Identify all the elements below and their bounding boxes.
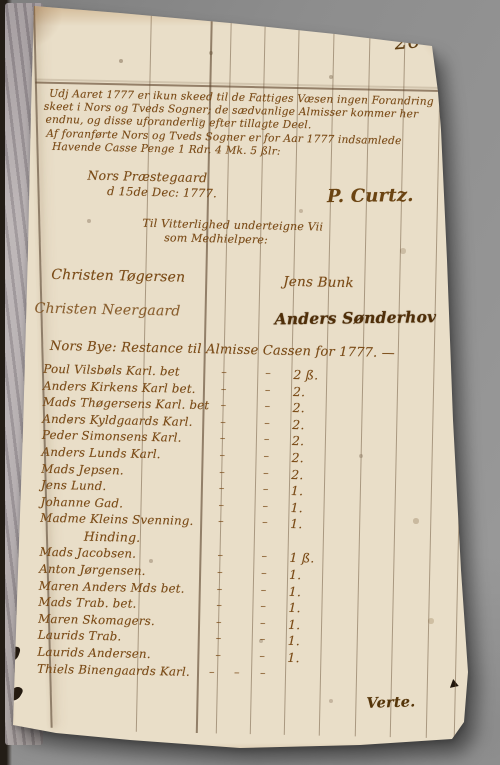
ditto-dash: –	[260, 616, 266, 629]
debtor-name: Maren Skomagers.	[38, 612, 155, 628]
witness-signature: Jens Bunk	[283, 274, 354, 291]
ditto-dash: –	[216, 599, 222, 612]
amount-value: 2.	[292, 433, 305, 448]
ditto-dash: –	[259, 649, 265, 662]
priest-signature: P. Curtz.	[327, 185, 414, 207]
ditto-dash: –	[265, 383, 271, 396]
debtor-name: Mads Jacobsen.	[39, 545, 136, 561]
ditto-dash: –	[216, 615, 222, 628]
ditto-dash: –	[261, 583, 267, 596]
paper-shadow-wrap: 26 Udj Aaret 1777 er ikun skeed til de F…	[0, 0, 500, 765]
ditto-dash: –	[265, 400, 271, 413]
restance-table-title: Nors Bye: Restance til Almisse Cassen fo…	[50, 339, 395, 361]
witness-signature: Christen Neergaard	[34, 301, 180, 320]
summary-paragraph: Udj Aaret 1777 er ikun skeed til de Fatt…	[48, 88, 479, 163]
ditto-dash: –	[219, 448, 225, 461]
amount-value: 1.	[291, 483, 304, 498]
amount-value: 1.	[288, 600, 301, 615]
amount-value: 2.	[291, 467, 304, 482]
column-rule	[454, 15, 470, 739]
page-number: 26	[393, 28, 421, 54]
debtor-name: Mads Thøgersens Karl. bet	[43, 395, 210, 412]
restance-table: Poul Vilsbøls Karl. bet––2 ß.Anders Kirk…	[33, 362, 460, 687]
ditto-dash: –	[216, 632, 222, 645]
ditto-dash: –	[260, 633, 266, 646]
attestation-line-2: som Medhielpere:	[164, 231, 268, 246]
witness-signature: Anders Sønderhov	[274, 307, 436, 328]
ditto-dash: –	[261, 550, 267, 563]
amount-value: 2 ß.	[293, 367, 318, 383]
ditto-dash: –	[217, 549, 223, 562]
ditto-dash: –	[263, 466, 269, 479]
amount-value: 1.	[287, 650, 300, 665]
ditto-dash: –	[209, 665, 215, 678]
debtor-name: Laurids Trab.	[38, 628, 122, 644]
debtor-name: Anders Lunds Karl.	[42, 445, 161, 461]
ditto-dash: –	[264, 433, 270, 446]
column-rules	[1, 0, 500, 5]
ditto-dash: –	[221, 365, 227, 378]
amount-value: 2.	[292, 400, 305, 415]
manuscript-page: 26 Udj Aaret 1777 er ikun skeed til de F…	[0, 0, 500, 765]
ditto-dash: –	[220, 432, 226, 445]
ditto-dash: –	[215, 648, 221, 661]
age-specks	[0, 0, 2, 2]
dateline-date: d 15de Dec: 1777.	[107, 184, 217, 200]
amount-value: 2.	[292, 417, 305, 432]
ditto-dash: –	[262, 499, 268, 512]
debtor-name: Thiels Binengaards Karl.	[37, 661, 190, 678]
debtor-name: Poul Vilsbøls Karl. bet	[43, 362, 180, 379]
amount-value: 2.	[291, 450, 304, 465]
debtor-name: Anton Jørgensen.	[39, 562, 146, 578]
ditto-dash: –	[218, 498, 224, 511]
debtor-name: Anders Kyldgaards Karl.	[42, 412, 193, 429]
debtor-name: Johanne Gad.	[40, 494, 123, 510]
ditto-dash: –	[263, 449, 269, 462]
ditto-dash: –	[260, 666, 266, 679]
ditto-dash: –	[260, 600, 266, 613]
witness-signature: Christen Tøgersen	[51, 267, 185, 286]
manuscript-photo: 26 Udj Aaret 1777 er ikun skeed til de F…	[0, 0, 500, 765]
debtor-name: Jens Lund.	[41, 478, 107, 493]
debtor-name: Peder Simonsens Karl.	[42, 428, 182, 445]
ditto-dash: –	[220, 415, 226, 428]
ditto-dash: –	[263, 483, 269, 496]
ditto-dash: –	[234, 665, 240, 678]
ditto-dash: –	[218, 515, 224, 528]
ditto-dash: –	[262, 516, 268, 529]
amount-value: 1.	[288, 633, 301, 648]
ditto-dash: –	[264, 416, 270, 429]
amount-value: 1.	[289, 584, 302, 599]
debtor-name: Anders Kirkens Karl bet.	[43, 378, 196, 395]
amount-value: 1.	[290, 516, 303, 531]
ditto-dash: –	[261, 566, 267, 579]
debtor-name: Laurids Andersen.	[37, 645, 151, 661]
handwritten-content: 26 Udj Aaret 1777 er ikun skeed til de F…	[0, 0, 500, 765]
ditto-dash: –	[219, 482, 225, 495]
verte-note: Verte.	[366, 693, 415, 712]
amount-value: 1.	[289, 567, 302, 582]
amount-value: 2.	[293, 384, 306, 399]
ditto-dash: –	[221, 382, 227, 395]
ditto-dash: –	[221, 399, 227, 412]
ditto-dash: –	[265, 366, 271, 379]
amount-value: 1 ß.	[289, 550, 314, 566]
amount-value: 1.	[290, 500, 303, 515]
ditto-dash: –	[219, 465, 225, 478]
debtor-name: Mads Jepsen.	[41, 461, 124, 477]
debtor-name: Mads Trab. bet.	[38, 595, 136, 611]
debtor-name: Madme Kleins Svenning.	[40, 511, 194, 528]
amount-value: 1.	[288, 617, 301, 632]
ditto-dash: –	[217, 582, 223, 595]
ditto-dash: –	[217, 565, 223, 578]
debtor-name: Maren Anders Mds bet.	[39, 578, 185, 595]
dateline-place: Nors Præstegaard	[87, 168, 207, 186]
